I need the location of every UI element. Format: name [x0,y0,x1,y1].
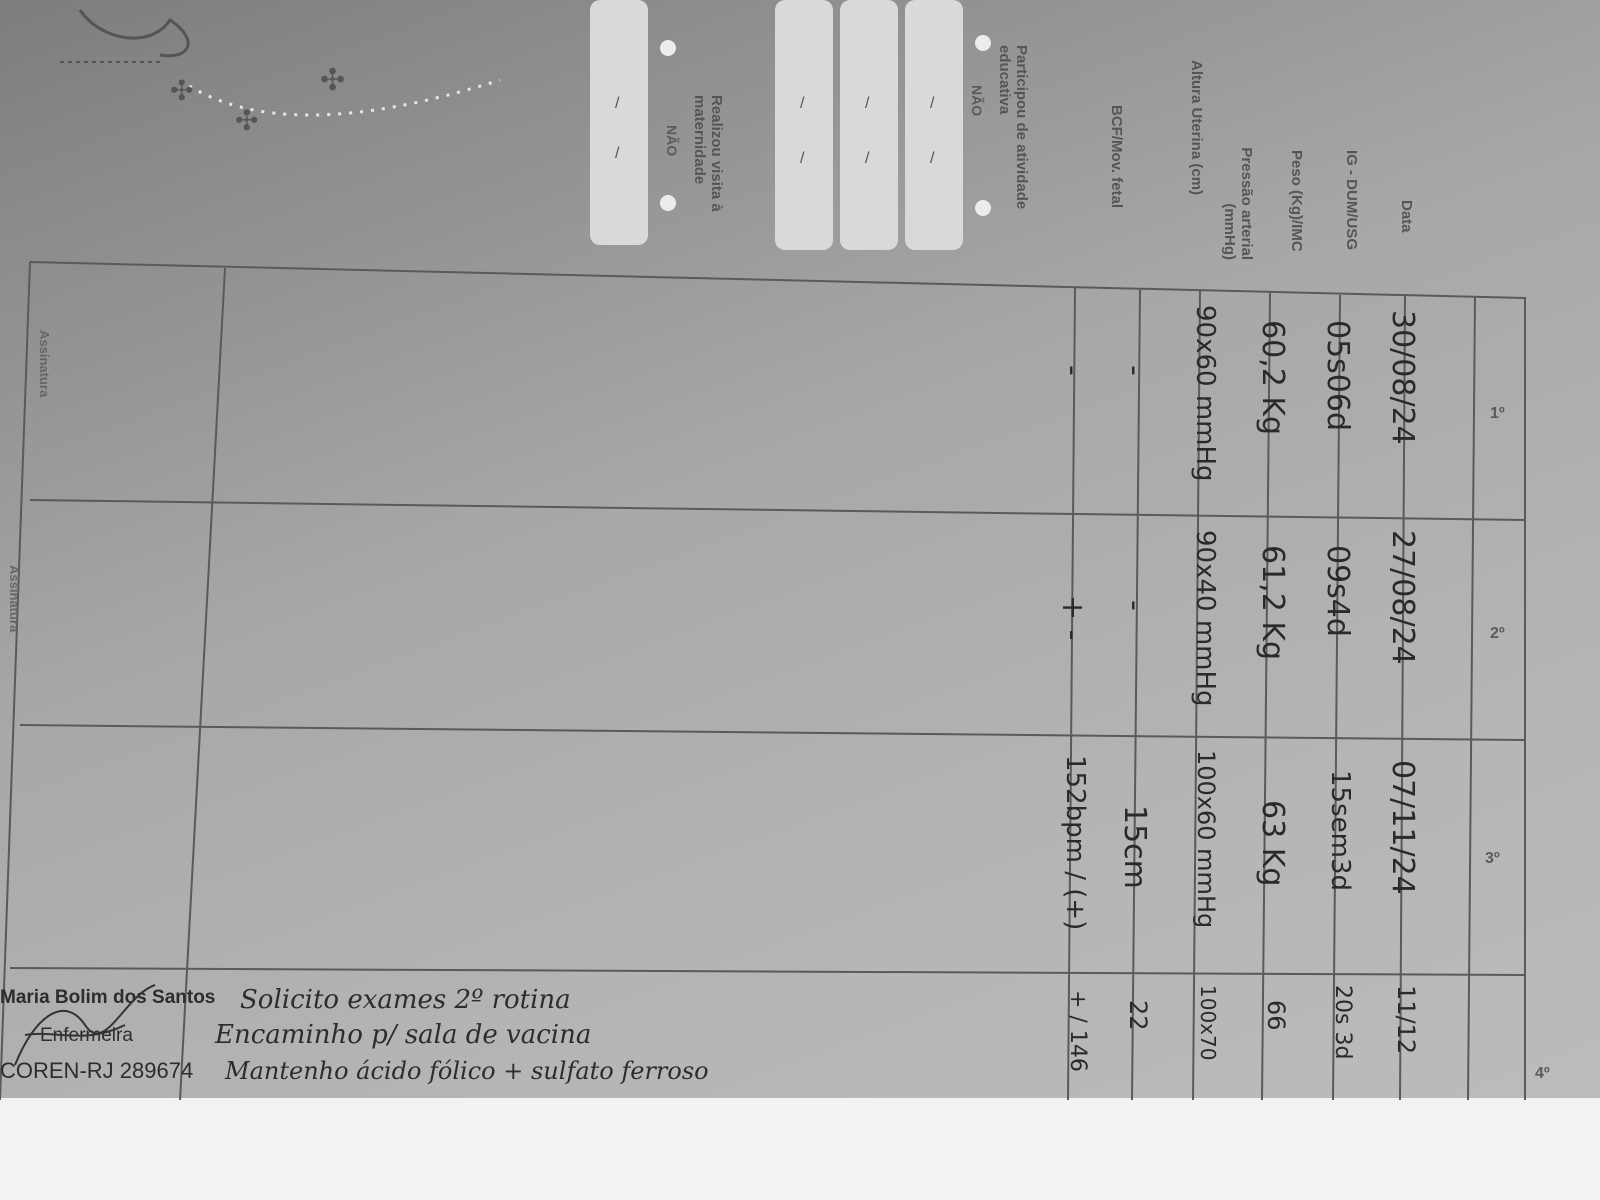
cell-fhr-1: - [1055,365,1090,376]
cell-uterine-1: - [1117,365,1152,376]
note-line-3: Mantenho ácido fólico + sulfato ferroso [225,1057,709,1085]
cell-uterine-3: 15cm [1117,805,1152,889]
cell-fhr-4: + / 146 [1065,990,1090,1072]
cell-date-4: 11/12 [1392,985,1420,1054]
table-surface [0,1098,1600,1200]
cell-bp-3: 100x60 mmHg [1192,750,1220,928]
cell-date-2: 27/08/24 [1385,530,1420,665]
cell-bp-2: 90x40 mmHg [1190,530,1220,707]
cell-weight-4: 66 [1262,1000,1290,1031]
grid-lines [0,0,1600,1100]
cell-uterine-2: - [1117,600,1152,611]
cell-bp-4: 100x70 [1196,985,1220,1060]
cell-ig-3: 15sem3d [1325,770,1355,891]
cell-date-1: 30/08/24 [1385,310,1420,445]
consultation-header-3: 3º [1485,850,1500,868]
cell-ig-1: 05s06d [1320,320,1355,431]
handwritten-signature-icon [5,975,165,1085]
cell-ig-4: 20s 3d [1330,985,1355,1059]
cell-ig-2: 09s4d [1320,545,1355,637]
cell-weight-2: 61,2 Kg [1255,545,1290,660]
consultation-header-1: 1º [1490,405,1505,423]
consultation-header-4: 4º [1535,1065,1550,1083]
cell-weight-3: 63 Kg [1255,800,1290,886]
note-line-2: Encaminho p/ sala de vacina [215,1020,591,1050]
cell-date-3: 07/11/24 [1385,760,1420,895]
cell-weight-1: 60,2 Kg [1255,320,1290,435]
cell-fhr-3: 152bpm / (+) [1060,755,1090,930]
cell-uterine-4: 22 [1124,1000,1152,1031]
signature-label-1: Assinatura [37,330,52,397]
consultation-header-2: 2º [1490,625,1505,643]
cell-bp-1: 90x60 mmHg [1190,305,1220,482]
note-line-1: Solicito exames 2º rotina [240,985,571,1015]
cell-fhr-2: + - [1055,595,1090,641]
signature-label-2: Assinatura [7,565,22,632]
